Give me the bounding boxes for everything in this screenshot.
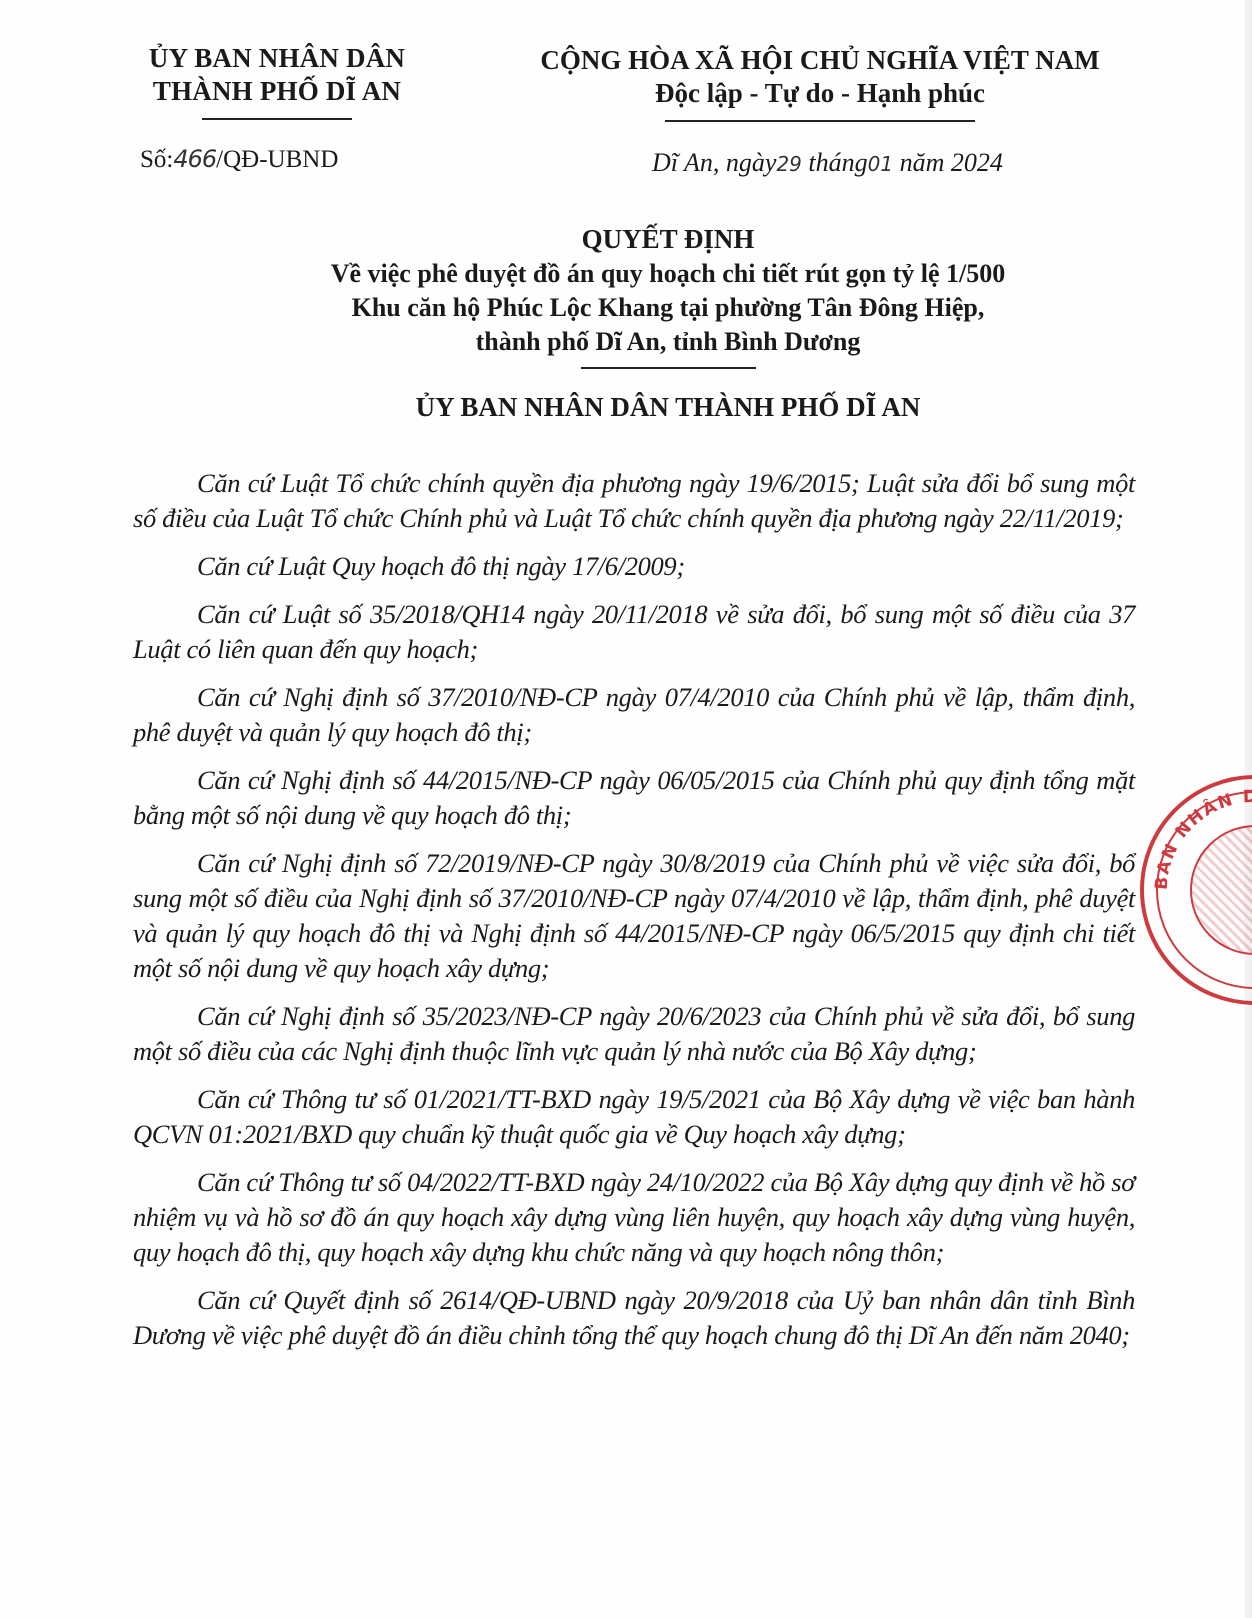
date-suffix: năm 2024 [900,148,1003,177]
document-page: ỦY BAN NHÂN DÂN THÀNH PHỐ DĨ AN CỘNG HÒA… [0,0,1252,1618]
national-motto-header: CỘNG HÒA XÃ HỘI CHỦ NGHĨA VIỆT NAM Độc l… [515,44,1125,122]
legal-basis-paragraph: Căn cứ Thông tư số 04/2022/TT-BXD ngày 2… [133,1165,1135,1270]
authority-line-1: ỦY BAN NHÂN DÂN [132,42,422,75]
handwritten-month: 01 [868,152,893,176]
legal-basis-paragraph: Căn cứ Luật Quy hoạch đô thị ngày 17/6/2… [133,549,1135,584]
subtitle-line: Khu căn hộ Phúc Lộc Khang tại phường Tân… [200,291,1136,325]
number-suffix: /QĐ-UBND [216,146,338,173]
legal-basis-paragraph: Căn cứ Nghị định số 35/2023/NĐ-CP ngày 2… [133,999,1135,1069]
legal-basis-paragraph: Căn cứ Nghị định số 37/2010/NĐ-CP ngày 0… [133,680,1135,750]
issuing-authority-header: ỦY BAN NHÂN DÂN THÀNH PHỐ DĨ AN [132,42,422,120]
subtitle-line: Về việc phê duyệt đồ án quy hoạch chi ti… [200,257,1136,291]
stamp-text-ring: BAN NHÂN DÂN THÀN [1144,779,1252,1001]
legal-basis-paragraph: Căn cứ Nghị định số 72/2019/NĐ-CP ngày 3… [133,846,1135,986]
document-number: Số:466/QĐ-UBND [140,145,338,174]
decision-title: QUYẾT ĐỊNH Về việc phê duyệt đồ án quy h… [200,222,1136,369]
red-seal-stamp-icon: BAN NHÂN DÂN THÀN [1140,775,1252,1005]
header-left-underline [202,118,352,120]
legal-basis-paragraph: Căn cứ Luật Tổ chức chính quyền địa phươ… [133,466,1135,536]
authority-line-2: THÀNH PHỐ DĨ AN [132,75,422,108]
legal-basis-paragraph: Căn cứ Thông tư số 01/2021/TT-BXD ngày 1… [133,1082,1135,1152]
legal-basis-paragraph: Căn cứ Quyết định số 2614/QĐ-UBND ngày 2… [133,1283,1135,1353]
svg-text:BAN NHÂN DÂN THÀN: BAN NHÂN DÂN THÀN [1152,785,1252,891]
legal-basis-paragraph: Căn cứ Luật số 35/2018/QH14 ngày 20/11/2… [133,597,1135,667]
number-prefix: Số: [140,146,173,173]
decision-heading: QUYẾT ĐỊNH [200,222,1136,257]
legal-basis-list: Căn cứ Luật Tổ chức chính quyền địa phươ… [133,466,1135,1366]
country-name: CỘNG HÒA XÃ HỘI CHỦ NGHĨA VIỆT NAM [515,44,1125,77]
handwritten-number: 466 [173,145,216,173]
date-prefix: Dĩ An, ngày [652,148,776,177]
header-right-underline [665,120,975,122]
title-underline [581,367,756,369]
subtitle-line: thành phố Dĩ An, tỉnh Bình Dương [200,325,1136,359]
document-date: Dĩ An, ngày29 tháng01 năm 2024 [652,148,1003,178]
date-month-word: tháng [808,148,867,177]
enacting-authority: ỦY BAN NHÂN DÂN THÀNH PHỐ DĨ AN [200,392,1136,423]
handwritten-day: 29 [776,152,801,176]
motto: Độc lập - Tự do - Hạnh phúc [515,77,1125,110]
legal-basis-paragraph: Căn cứ Nghị định số 44/2015/NĐ-CP ngày 0… [133,763,1135,833]
